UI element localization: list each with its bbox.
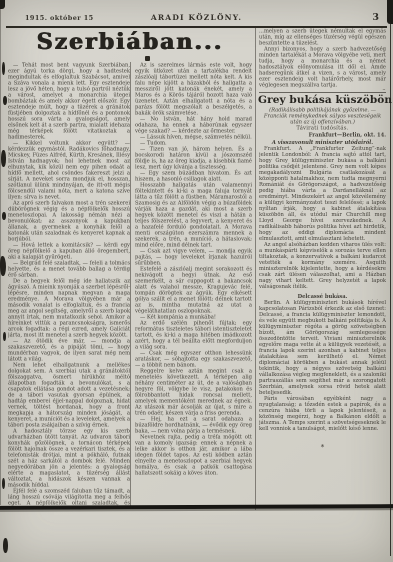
paragraph: Nevetnek rajta, pedig a tréfa mögött ott… <box>135 434 252 476</box>
scan-artifact-left-fold <box>0 0 1 505</box>
paragraph: Az erdő szélén pihenőt fújtak; egy refor… <box>135 320 252 350</box>
headline-ornament-icon <box>145 56 150 61</box>
scan-smudge <box>3 332 6 341</box>
paragraph: Annyi bizonyos, hogy a szerb hadvezetősé… <box>259 46 386 88</box>
paragraph: Frankfurt. A „Frankfurter Zeitung”-nak j… <box>259 146 386 242</box>
newspaper-page: 1915. október 15 ARADI KÖZLÖNY. 3 Szerbi… <box>0 0 393 562</box>
lead-headline: Szerbiában... <box>8 29 252 55</box>
paragraph: Nem lehet elhallgatnunk a mellékes dolgo… <box>8 362 130 428</box>
scan-smudge <box>2 478 5 489</box>
continuation-signature: —r. <box>259 88 386 90</box>
paragraph: — Csak még egyszer otthon lehessünk arat… <box>135 350 252 368</box>
second-article-subtitle: (Radikálisabb politikájának győzelme. — … <box>259 107 386 125</box>
paragraph: A hadosztály törzse egy kis szerb udvarh… <box>8 428 130 488</box>
scan-smudge <box>3 538 8 553</box>
paragraph: — Tizen van jó, három helyen. És a bocsk… <box>135 146 252 170</box>
paragraph: Berlin. A külügyminiszteri bukások hírév… <box>259 300 386 396</box>
paragraph: — Csak azt vigye velem, — mondja egyik p… <box>135 248 252 266</box>
paragraph: — Kikkel voltunk akkor együtt? — kérdezz… <box>8 140 130 200</box>
second-article-dateline: Frankfurt—Berlin, okt. 14. <box>259 132 386 138</box>
paragraph: — Tehát most bent vagyunk Szerbiában, ez… <box>8 62 130 140</box>
scan-smudge <box>3 96 7 105</box>
paragraph: Az apró szerb falvakon most a trén szeke… <box>8 200 130 242</box>
column-rule-2 <box>255 28 256 510</box>
second-article-body: (Radikálisabb politikájának győzelme. — … <box>259 107 386 538</box>
second-article-byline: Távirati tudósítás. <box>259 125 386 131</box>
paragraph: — Hej, ha ezt a sarat odahaza a búzaföld… <box>135 416 252 434</box>
paragraph: Hosszabb hallgatás után valamennyi fölte… <box>135 182 252 248</box>
lead-article-column-1: — Tehát most bent vagyunk Szerbiában, ez… <box>8 62 130 508</box>
article-separator-rule <box>259 92 386 93</box>
page-number: 3 <box>372 12 379 23</box>
lead-article-column-2: Az is szerelmes lármás este volt, hogy e… <box>135 62 252 508</box>
scan-smudge <box>2 212 6 220</box>
end-ornament-icon: * <box>259 445 386 451</box>
paragraph: Az angol alsóházban kedden viharos ülés … <box>259 242 386 290</box>
paragraph: — Hová lettek a komitácsik? — kérdi egy … <box>8 242 130 260</box>
scan-artifact-right-edge <box>390 0 392 556</box>
column-rule-1 <box>130 62 131 508</box>
second-article-headline: Grey bukása küszöbön áll <box>258 94 387 106</box>
paragraph: — Belgrád felé szaladtak, — feleli a tol… <box>8 260 130 278</box>
paragraph: — Egy szem búzádban hivatom. És azt hisz… <box>135 170 252 182</box>
continuation-column: ...melyen a szerb ütegek némultak el egy… <box>259 28 386 90</box>
scan-smudge <box>2 62 5 75</box>
paragraph: ...melyen a szerb ütegek némultak el egy… <box>259 28 386 46</box>
paragraph: Páris városában egyébként nagy a nyugtal… <box>259 396 386 432</box>
scan-artifact-top-left <box>0 0 5 9</box>
paragraph: — No István, hát hány hold marad odahaza… <box>135 116 252 134</box>
paragraph: Reggelre kelve aztán megint csak a menet… <box>135 368 252 416</box>
scan-smudge <box>0 256 6 276</box>
paragraph: Az is szerelmes lármás este volt, hogy e… <box>135 62 252 116</box>
paragraph: Estefelé a zászlóalj megint sorakozott é… <box>135 266 252 314</box>
paragraph: — Az ötödik éve már, — mondja a szakaszv… <box>8 338 130 362</box>
scan-smudge <box>1 150 6 167</box>
masthead-title: ARADI KÖZLÖNY. <box>0 13 393 22</box>
paragraph: De a hegyek felől még ide hallatszik az … <box>8 278 130 338</box>
